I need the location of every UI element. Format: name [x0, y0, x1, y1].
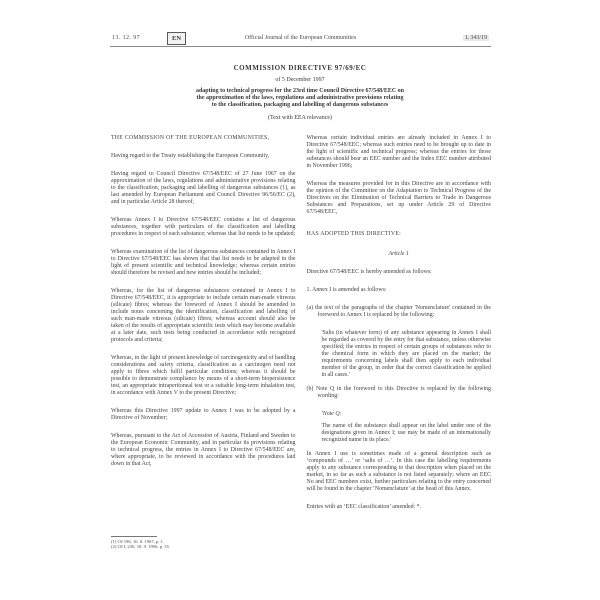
directive-date: of 5 December 1997	[150, 77, 450, 83]
recital-paragraph: Having regard to Council Directive 67/54…	[111, 171, 296, 206]
quoted-replacement-text: 'Salts (in whatever form) of any substan…	[322, 330, 492, 379]
journal-title: Official Journal of the European Communi…	[110, 35, 491, 41]
enacting-formula: HAS ADOPTED THIS DIRECTIVE:	[307, 231, 492, 238]
amendment-subpoint-a: (a) the text of the paragraphs of the ch…	[307, 305, 492, 319]
body-columns: THE COMMISSION OF THE EUROPEAN COMMUNITI…	[111, 135, 491, 522]
journal-page: 13. 12. 97 EN Official Journal of the Eu…	[0, 0, 600, 600]
right-column: Whereas certain individual entries are a…	[307, 135, 492, 522]
directive-subject-line: the approximation of the laws, regulatio…	[150, 95, 450, 102]
amendment-subpoint-b: (b) Note Q in the foreword to this Direc…	[307, 386, 492, 400]
amendment-point: 1. Annex I is amended as follows:	[307, 287, 492, 294]
amendment-paragraph: In Annex I use is sometimes made of a ge…	[307, 451, 492, 493]
directive-title-block: COMMISSION DIRECTIVE 97/69/EC of 5 Decem…	[150, 64, 450, 121]
footnote: (2) OJ L 236, 18. 9. 1996, p. 35.	[111, 544, 241, 549]
recital-paragraph: Whereas, for the list of dangerous subst…	[111, 288, 296, 344]
recital-paragraph: Whereas, pursuant to the Act of Accessio…	[111, 433, 296, 468]
footnote-rule	[111, 536, 157, 537]
directive-subject-line: adapting to technical progress for the 2…	[150, 88, 450, 95]
article-heading: Article 1	[307, 251, 492, 258]
directive-number: COMMISSION DIRECTIVE 97/69/EC	[150, 64, 450, 72]
page-reference: L 343/19	[463, 35, 489, 41]
recital-paragraph: Whereas certain individual entries are a…	[307, 135, 492, 170]
note-label: 'Note Q:	[322, 411, 492, 418]
recital-paragraph: Having regard to the Treaty establishing…	[111, 153, 296, 160]
recital-paragraph: Whereas the measures provided for in thi…	[307, 181, 492, 216]
page-header: 13. 12. 97 EN Official Journal of the Eu…	[110, 32, 491, 47]
recital-paragraph: Whereas this Directive 1997 update to An…	[111, 408, 296, 422]
amendment-intro: Directive 67/548/EEC is hereby amended a…	[307, 269, 492, 276]
recital-paragraph: Whereas Annex I to Directive 67/548/EEC …	[111, 217, 296, 238]
preamble-authority: THE COMMISSION OF THE EUROPEAN COMMUNITI…	[111, 135, 296, 142]
eea-relevance-note: (Text with EEA relevance)	[150, 115, 450, 121]
directive-subject-line: to the classification, packaging and lab…	[150, 102, 450, 109]
quoted-note-text: The name of the substance shall appear o…	[322, 423, 492, 444]
amendment-closing-line: Entries with an ‘EEC classification’ ame…	[307, 504, 492, 511]
recital-paragraph: Whereas examination of the list of dange…	[111, 249, 296, 277]
recital-paragraph: Whereas, in the light of present knowled…	[111, 355, 296, 397]
left-column: THE COMMISSION OF THE EUROPEAN COMMUNITI…	[111, 135, 296, 522]
footnote-block: (1) OJ 196, 16. 8. 1967, p. 1. (2) OJ L …	[111, 536, 241, 550]
